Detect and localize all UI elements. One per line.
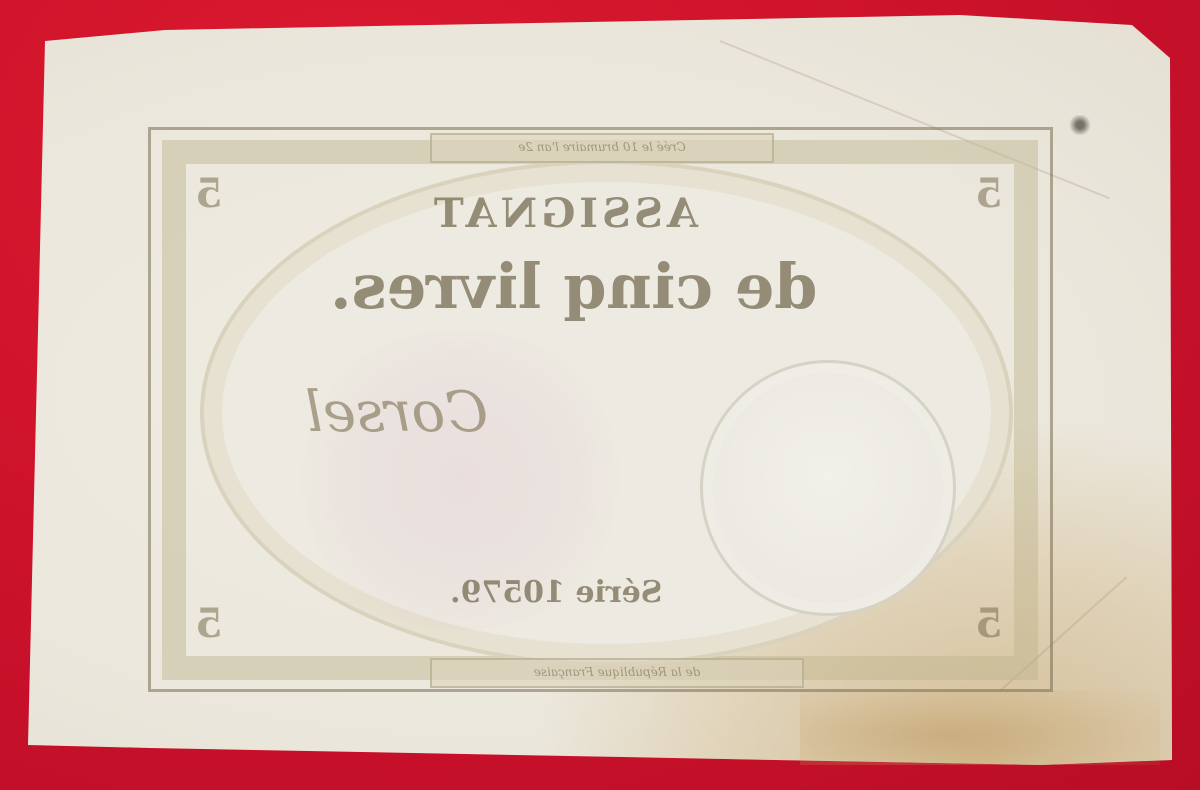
ink-specks	[1065, 115, 1095, 135]
bottom-banner: de la République Française	[430, 658, 804, 688]
denomination: de cinq livres.	[330, 250, 817, 323]
corner-numeral-top-right: 5	[975, 170, 1003, 217]
corner-numeral-bottom-right: 5	[975, 600, 1003, 647]
series-number: 10579.	[450, 575, 565, 610]
series-label: Série	[575, 575, 662, 610]
top-banner: Créé le 10 brumaire l'an 2e	[430, 133, 774, 163]
note-title: ASSIGNAT	[430, 190, 698, 237]
water-stain	[800, 690, 1160, 765]
corner-numeral-bottom-left: 5	[195, 600, 223, 647]
corner-numeral-top-left: 5	[195, 170, 223, 217]
series-line: Série 10579.	[450, 575, 662, 610]
dry-seal	[700, 360, 956, 616]
signature: Corsel	[305, 380, 488, 445]
